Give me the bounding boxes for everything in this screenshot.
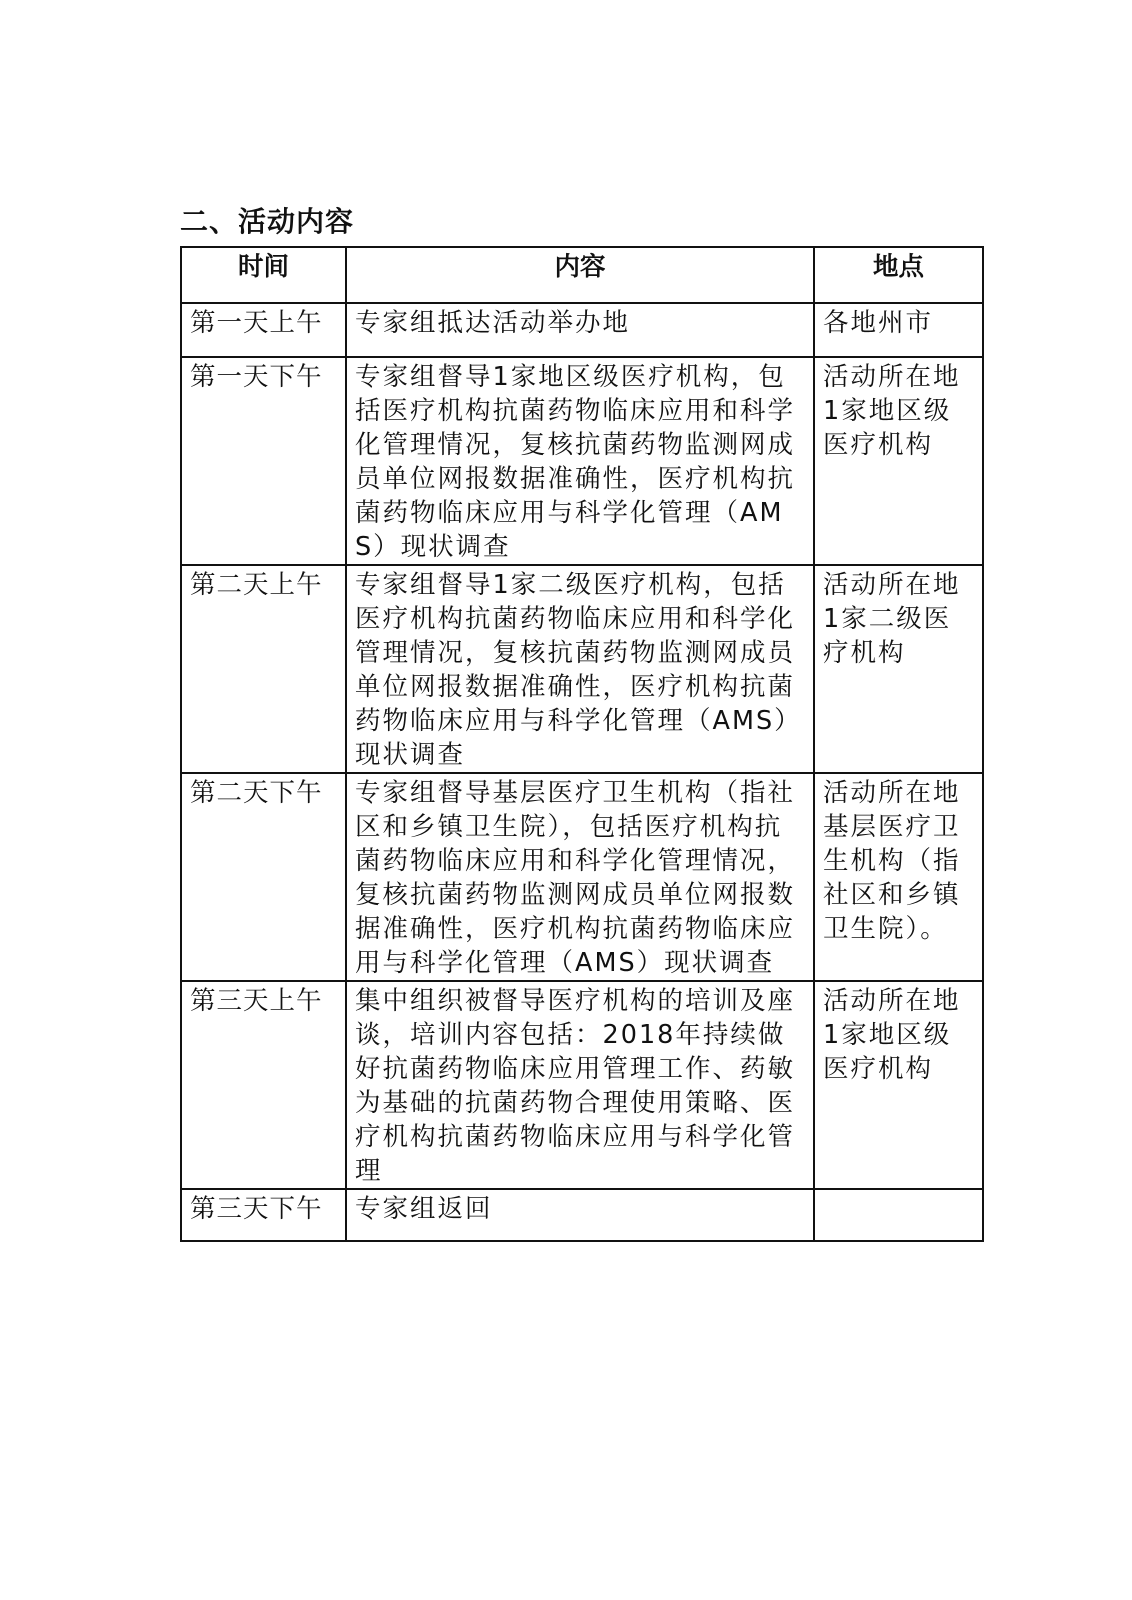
table-row: 第三天下午 专家组返回 xyxy=(181,1189,983,1241)
header-time: 时间 xyxy=(181,247,346,303)
cell-time: 第二天上午 xyxy=(181,565,346,773)
cell-content: 专家组督导基层医疗卫生机构（指社区和乡镇卫生院），包括医疗机构抗菌药物临床应用和… xyxy=(346,773,814,981)
cell-content: 专家组抵达活动举办地 xyxy=(346,303,814,357)
table-row: 第一天上午 专家组抵达活动举办地 各地州市 xyxy=(181,303,983,357)
cell-place: 活动所在地1家地区级医疗机构 xyxy=(814,981,983,1189)
cell-time: 第二天下午 xyxy=(181,773,346,981)
cell-place: 活动所在地1家二级医疗机构 xyxy=(814,565,983,773)
cell-content: 专家组返回 xyxy=(346,1189,814,1241)
table-row: 第二天下午 专家组督导基层医疗卫生机构（指社区和乡镇卫生院），包括医疗机构抗菌药… xyxy=(181,773,983,981)
header-place: 地点 xyxy=(814,247,983,303)
cell-time: 第一天上午 xyxy=(181,303,346,357)
section-title: 二、活动内容 xyxy=(180,200,354,240)
cell-place: 活动所在地基层医疗卫生机构（指社区和乡镇卫生院）。 xyxy=(814,773,983,981)
cell-content: 专家组督导1家地区级医疗机构，包括医疗机构抗菌药物临床应用和科学化管理情况，复核… xyxy=(346,357,814,565)
cell-place: 各地州市 xyxy=(814,303,983,357)
table-row: 第三天上午 集中组织被督导医疗机构的培训及座谈，培训内容包括：2018年持续做好… xyxy=(181,981,983,1189)
header-content: 内容 xyxy=(346,247,814,303)
cell-content: 专家组督导1家二级医疗机构，包括医疗机构抗菌药物临床应用和科学化管理情况，复核抗… xyxy=(346,565,814,773)
activity-schedule-table: 时间 内容 地点 第一天上午 专家组抵达活动举办地 各地州市 第一天下午 专家组… xyxy=(180,246,984,1242)
table-row: 第二天上午 专家组督导1家二级医疗机构，包括医疗机构抗菌药物临床应用和科学化管理… xyxy=(181,565,983,773)
cell-place: 活动所在地1家地区级医疗机构 xyxy=(814,357,983,565)
table-row: 第一天下午 专家组督导1家地区级医疗机构，包括医疗机构抗菌药物临床应用和科学化管… xyxy=(181,357,983,565)
cell-content: 集中组织被督导医疗机构的培训及座谈，培训内容包括：2018年持续做好抗菌药物临床… xyxy=(346,981,814,1189)
cell-place xyxy=(814,1189,983,1241)
cell-time: 第三天下午 xyxy=(181,1189,346,1241)
cell-time: 第三天上午 xyxy=(181,981,346,1189)
table-header-row: 时间 内容 地点 xyxy=(181,247,983,303)
cell-time: 第一天下午 xyxy=(181,357,346,565)
